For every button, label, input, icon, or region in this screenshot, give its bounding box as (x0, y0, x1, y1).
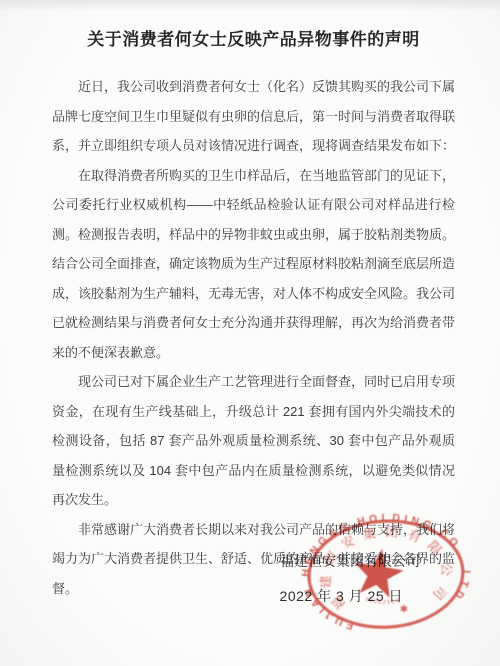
seal-serial-number: 35052210 (364, 595, 402, 607)
paragraph-findings: 在取得消费者所购买的卫生巾样品后，在当地监管部门的见证下，公司委托行业权威机构—… (52, 161, 455, 368)
document-page: 关于消费者何女士反映产品异物事件的声明 近日，我公司收到消费者何女士（化名）反馈… (0, 0, 500, 666)
seal-asterisk-icon: ✱ (400, 604, 409, 615)
paragraph-measures: 现公司已对下属企业生产工艺管理进行全面督查，同时已启用专项资金，在现有生产线基础… (52, 367, 455, 515)
paragraph-intro: 近日，我公司收到消费者何女士（化名）反馈其购买的我公司下属品牌七度空间卫生巾里疑… (52, 72, 455, 161)
company-seal-stamp: FUJIAN HENGAN HOLDING CO., LTD. 福建恒安集团有限… (295, 505, 484, 646)
seal-star-icon (350, 545, 406, 599)
document-title: 关于消费者何女士反映产品异物事件的声明 (52, 28, 455, 52)
